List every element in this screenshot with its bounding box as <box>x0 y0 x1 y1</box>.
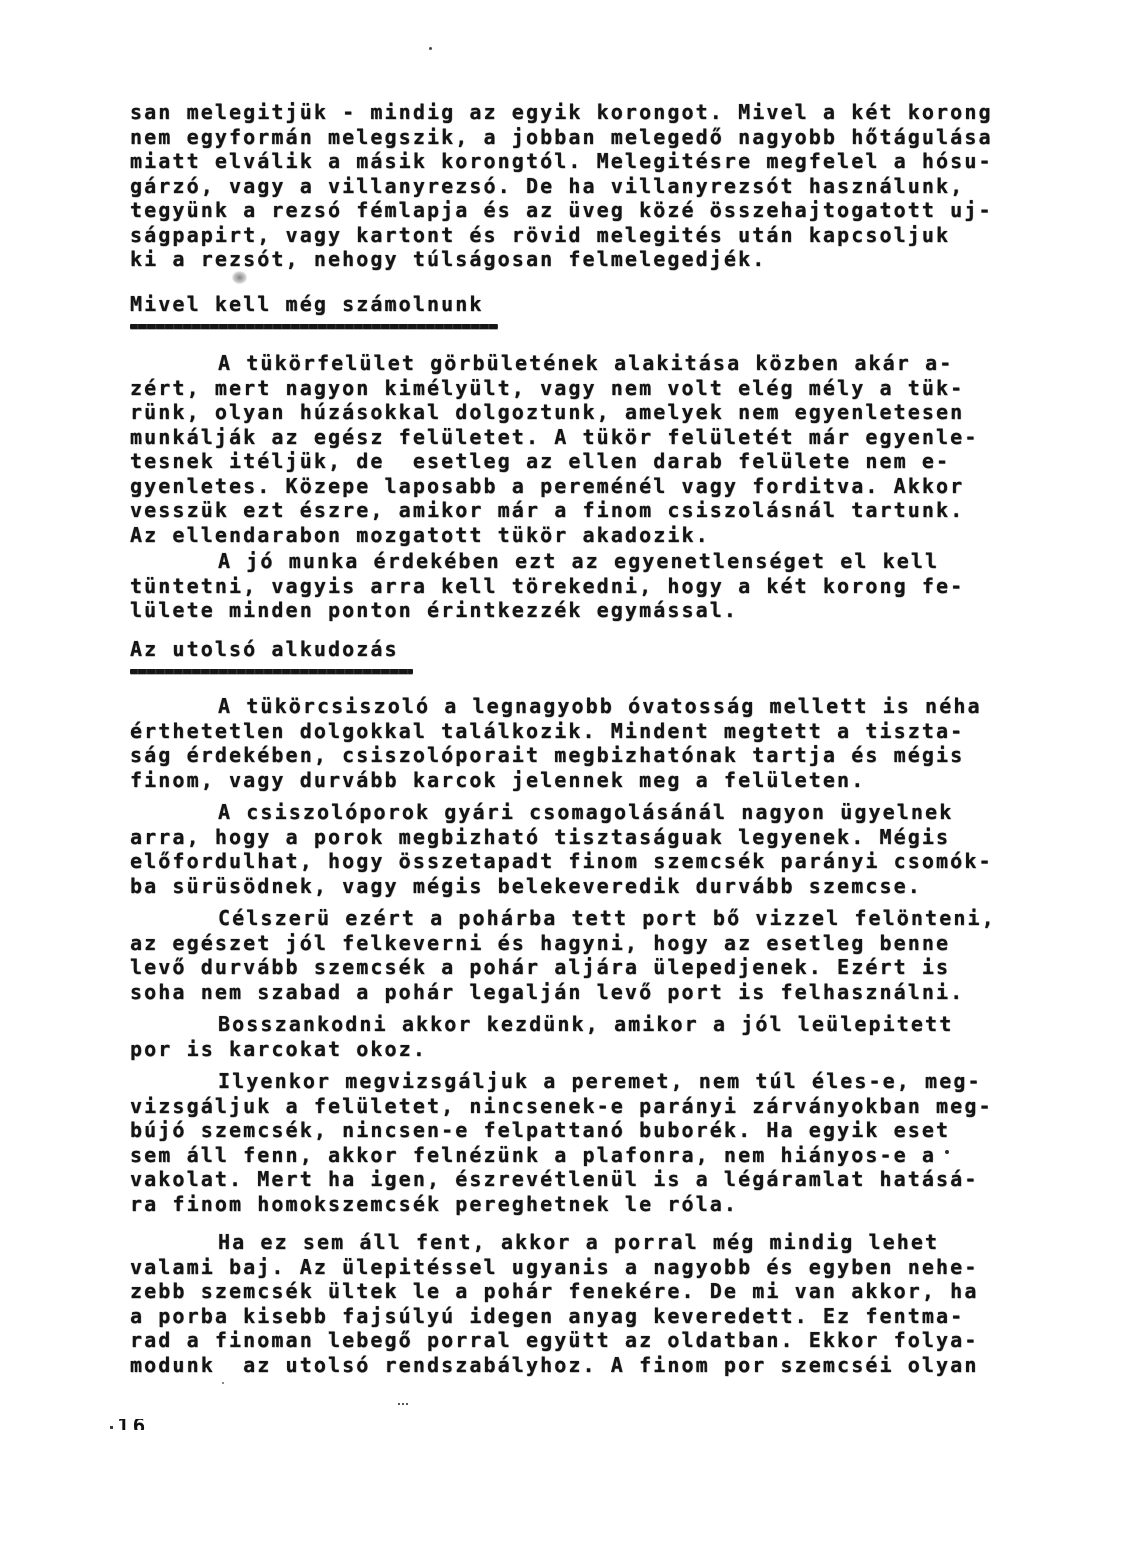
text-line: vizsgáljuk a felületet, nincsenek-e pará… <box>130 1094 1020 1119</box>
text-line: előfordulhat, hogy összetapadt finom sze… <box>130 849 1020 874</box>
text-line: a porba kisebb fajsúlyú idegen anyag kev… <box>130 1304 1020 1329</box>
paragraph: Ha ez sem áll fent, akkor a porral még m… <box>130 1230 1020 1377</box>
ink-speck <box>398 1403 400 1405</box>
text-line: tegyünk a rezsó fémlapja és az üveg közé… <box>130 198 1020 223</box>
text-line: az egészet jól felkeverni és hagyni, hog… <box>130 931 1020 956</box>
ink-speck <box>945 1150 949 1154</box>
text-line: bújó szemcsék, nincsen-e felpattanó bubo… <box>130 1118 1020 1143</box>
text-line: rünk, olyan húzásokkal dolgoztunk, amely… <box>130 400 1020 425</box>
text-line: modunk az utolsó rendszabályhoz. A finom… <box>130 1353 1020 1378</box>
heading-text: Az utolsó alkudozás <box>130 637 399 662</box>
section-heading: Az utolsó alkudozás <box>130 637 1020 675</box>
section-heading: Mivel kell még számolnunk <box>130 292 1020 330</box>
text-line: ba sürüsödnek, vagy mégis belekeveredik … <box>130 874 1020 899</box>
text-line: munkálják az egész felületet. A tükör fe… <box>130 425 1020 450</box>
text-line: A jó munka érdekében ezt az egyenetlensé… <box>130 549 1020 574</box>
text-line: zért, mert nagyon kimélyült, vagy nem vo… <box>130 376 1020 401</box>
text-line: soha nem szabad a pohár legalján levő po… <box>130 980 1020 1005</box>
text-line: tüntetni, vagyis arra kell törekedni, ho… <box>130 574 1020 599</box>
text-line: Ilyenkor megvizsgáljuk a peremet, nem tú… <box>130 1069 1020 1094</box>
text-line: érthetetlen dolgokkal találkozik. Minden… <box>130 719 1020 744</box>
text-line: A tükörfelület görbületének alakitása kö… <box>130 351 1020 376</box>
text-line: nem egyformán melegszik, a jobban melege… <box>130 125 1020 150</box>
text-line: ra finom homokszemcsék pereghetnek le ró… <box>130 1192 1020 1217</box>
paragraph: Bosszankodni akkor kezdünk, amikor a jól… <box>130 1012 1020 1061</box>
heading-text: Mivel kell még számolnunk <box>130 292 484 317</box>
paragraph: A tükörfelület görbületének alakitása kö… <box>130 351 1020 547</box>
text-line: Célszerü ezért a pohárba tett port bő vi… <box>130 906 1020 931</box>
ink-smudge <box>232 271 247 284</box>
paragraph: Ilyenkor megvizsgáljuk a peremet, nem tú… <box>130 1069 1020 1216</box>
ink-speck <box>110 1426 113 1429</box>
ink-speck <box>429 47 432 50</box>
text-line: san melegitjük - mindig az egyik korongo… <box>130 100 1020 125</box>
text-line: Bosszankodni akkor kezdünk, amikor a jól… <box>130 1012 1020 1037</box>
text-line: A tükörcsiszoló a legnagyobb óvatosság m… <box>130 694 1020 719</box>
text-line: tesnek itéljük, de esetleg az ellen dara… <box>130 449 1020 474</box>
text-line: ság érdekében, csiszolóporait megbizható… <box>130 743 1020 768</box>
paragraph: A tükörcsiszoló a legnagyobb óvatosság m… <box>130 694 1020 792</box>
text-line: rad a finoman lebegő porral együtt az ol… <box>130 1328 1020 1353</box>
text-line: gárzó, vagy a villanyrezsó. De ha villan… <box>130 174 1020 199</box>
text-line: finom, vagy durvább karcok jelennek meg … <box>130 768 1020 793</box>
text-line: ki a rezsót, nehogy túlságosan felmelege… <box>130 247 1020 272</box>
text-line: levő durvább szemcsék a pohár aljára üle… <box>130 955 1020 980</box>
paragraph: A jó munka érdekében ezt az egyenetlensé… <box>130 549 1020 623</box>
text-line: sem áll fenn, akkor felnézünk a plafonra… <box>130 1143 1020 1168</box>
text-line: vakolat. Mert ha igen, észrevétlenül is … <box>130 1167 1020 1192</box>
heading-wrap: Mivel kell még számolnunk <box>130 292 484 330</box>
heading-underline <box>130 324 498 329</box>
text-line: Ha ez sem áll fent, akkor a porral még m… <box>130 1230 1020 1255</box>
ink-speck <box>222 1382 224 1384</box>
heading-wrap: Az utolsó alkudozás <box>130 637 399 675</box>
page-number-value: 16 <box>117 1419 148 1430</box>
text-line: por is karcokat okoz. <box>130 1037 1020 1062</box>
text-line: vesszük ezt észre, amikor már a finom cs… <box>130 498 1020 523</box>
paragraph: Célszerü ezért a pohárba tett port bő vi… <box>130 906 1020 1004</box>
text-line: ságpapirt, vagy kartont és rövid melegit… <box>130 223 1020 248</box>
text-line: arra, hogy a porok megbizható tisztaságu… <box>130 825 1020 850</box>
page-number: 16 <box>117 1419 148 1430</box>
paragraph: san melegitjük - mindig az egyik korongo… <box>130 100 1020 272</box>
text-line: Az ellendarabon mozgatott tükör akadozik… <box>130 523 1020 548</box>
paragraph: A csiszolóporok gyári csomagolásánál nag… <box>130 800 1020 898</box>
text-line: A csiszolóporok gyári csomagolásánál nag… <box>130 800 1020 825</box>
text-line: lülete minden ponton érintkezzék egymáss… <box>130 598 1020 623</box>
heading-underline <box>130 669 413 674</box>
text-line: valami baj. Az ülepitéssel ugyanis a nag… <box>130 1255 1020 1280</box>
scanned-document-page: san melegitjük - mindig az egyik korongo… <box>0 0 1124 1557</box>
text-column: san melegitjük - mindig az egyik korongo… <box>130 100 1020 1377</box>
text-line: gyenletes. Közepe laposabb a pereménél v… <box>130 474 1020 499</box>
text-line: zebb szemcsék ültek le a pohár fenekére.… <box>130 1279 1020 1304</box>
text-line: miatt elválik a másik korongtól. Melegit… <box>130 149 1020 174</box>
